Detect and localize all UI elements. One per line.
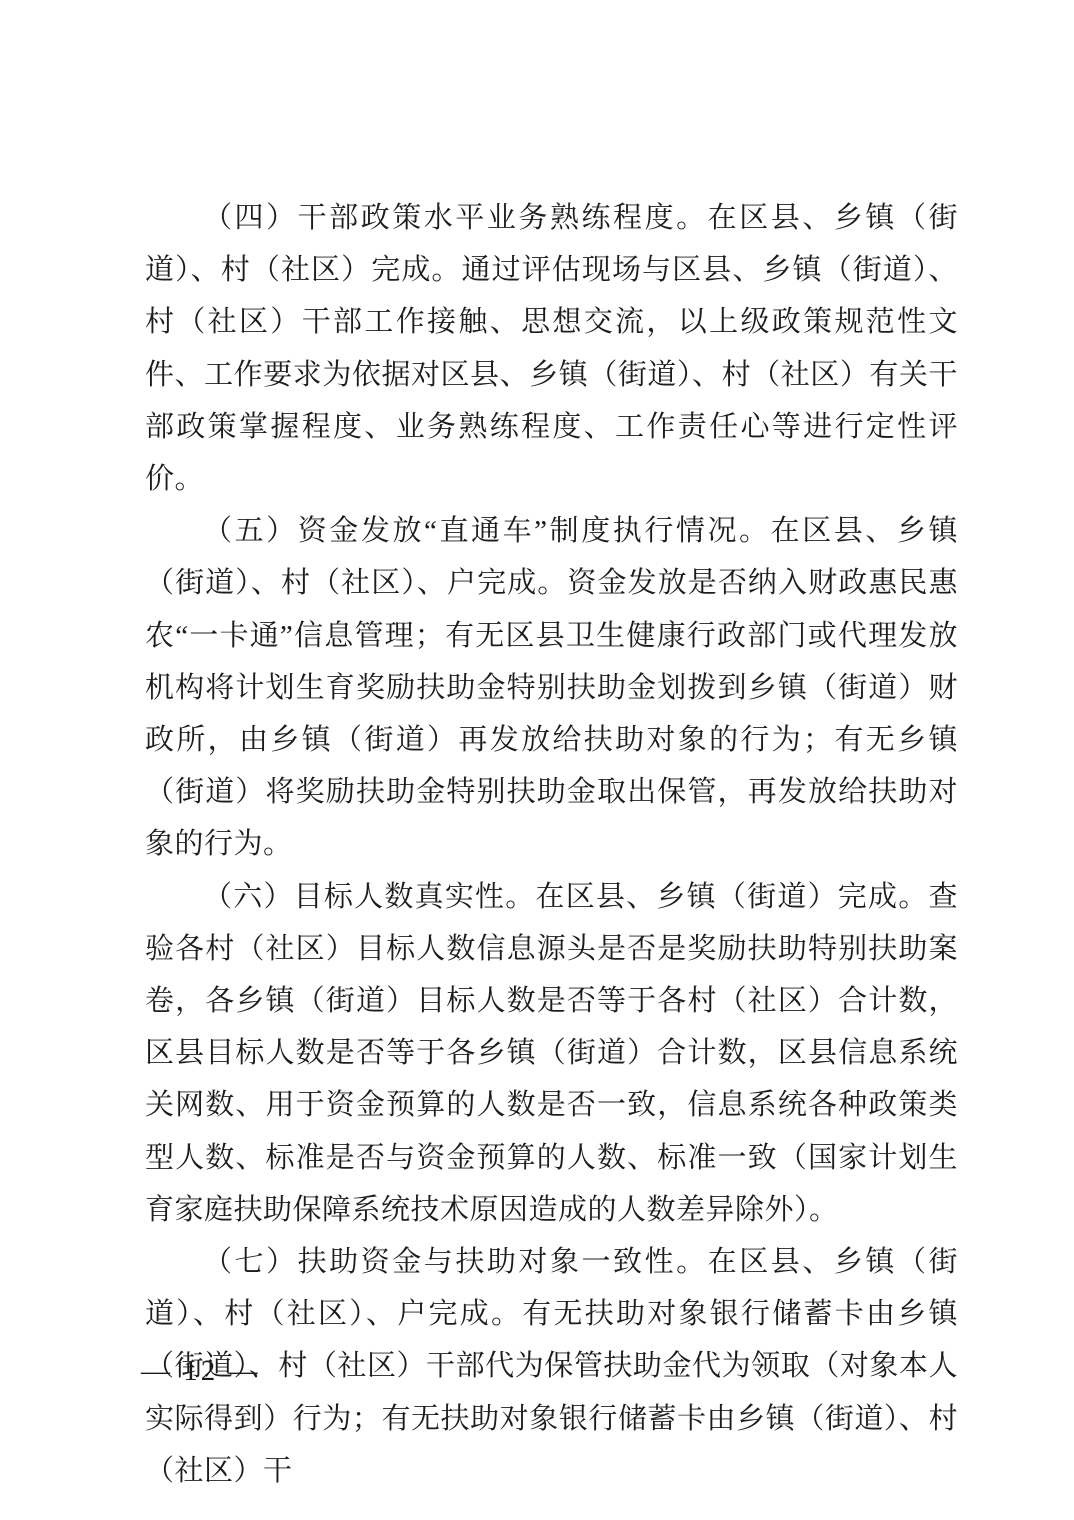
document-body: （四）干部政策水平业务熟练程度。在区县、乡镇（街道）、村（社区）完成。通过评估现… — [145, 192, 958, 1497]
page-number: — 12 — — [141, 1355, 261, 1388]
paragraph-item-5: （五）资金发放“直通车”制度执行情况。在区县、乡镇（街道）、村（社区）、户完成。… — [145, 505, 958, 870]
paragraph-item-6: （六）目标人数真实性。在区县、乡镇（街道）完成。查验各村（社区）目标人数信息源头… — [145, 871, 958, 1236]
paragraph-item-4: （四）干部政策水平业务熟练程度。在区县、乡镇（街道）、村（社区）完成。通过评估现… — [145, 192, 958, 505]
document-page: （四）干部政策水平业务熟练程度。在区县、乡镇（街道）、村（社区）完成。通过评估现… — [0, 0, 1074, 1520]
paragraph-item-7: （七）扶助资金与扶助对象一致性。在区县、乡镇（街道）、村（社区）、户完成。有无扶… — [145, 1236, 958, 1497]
